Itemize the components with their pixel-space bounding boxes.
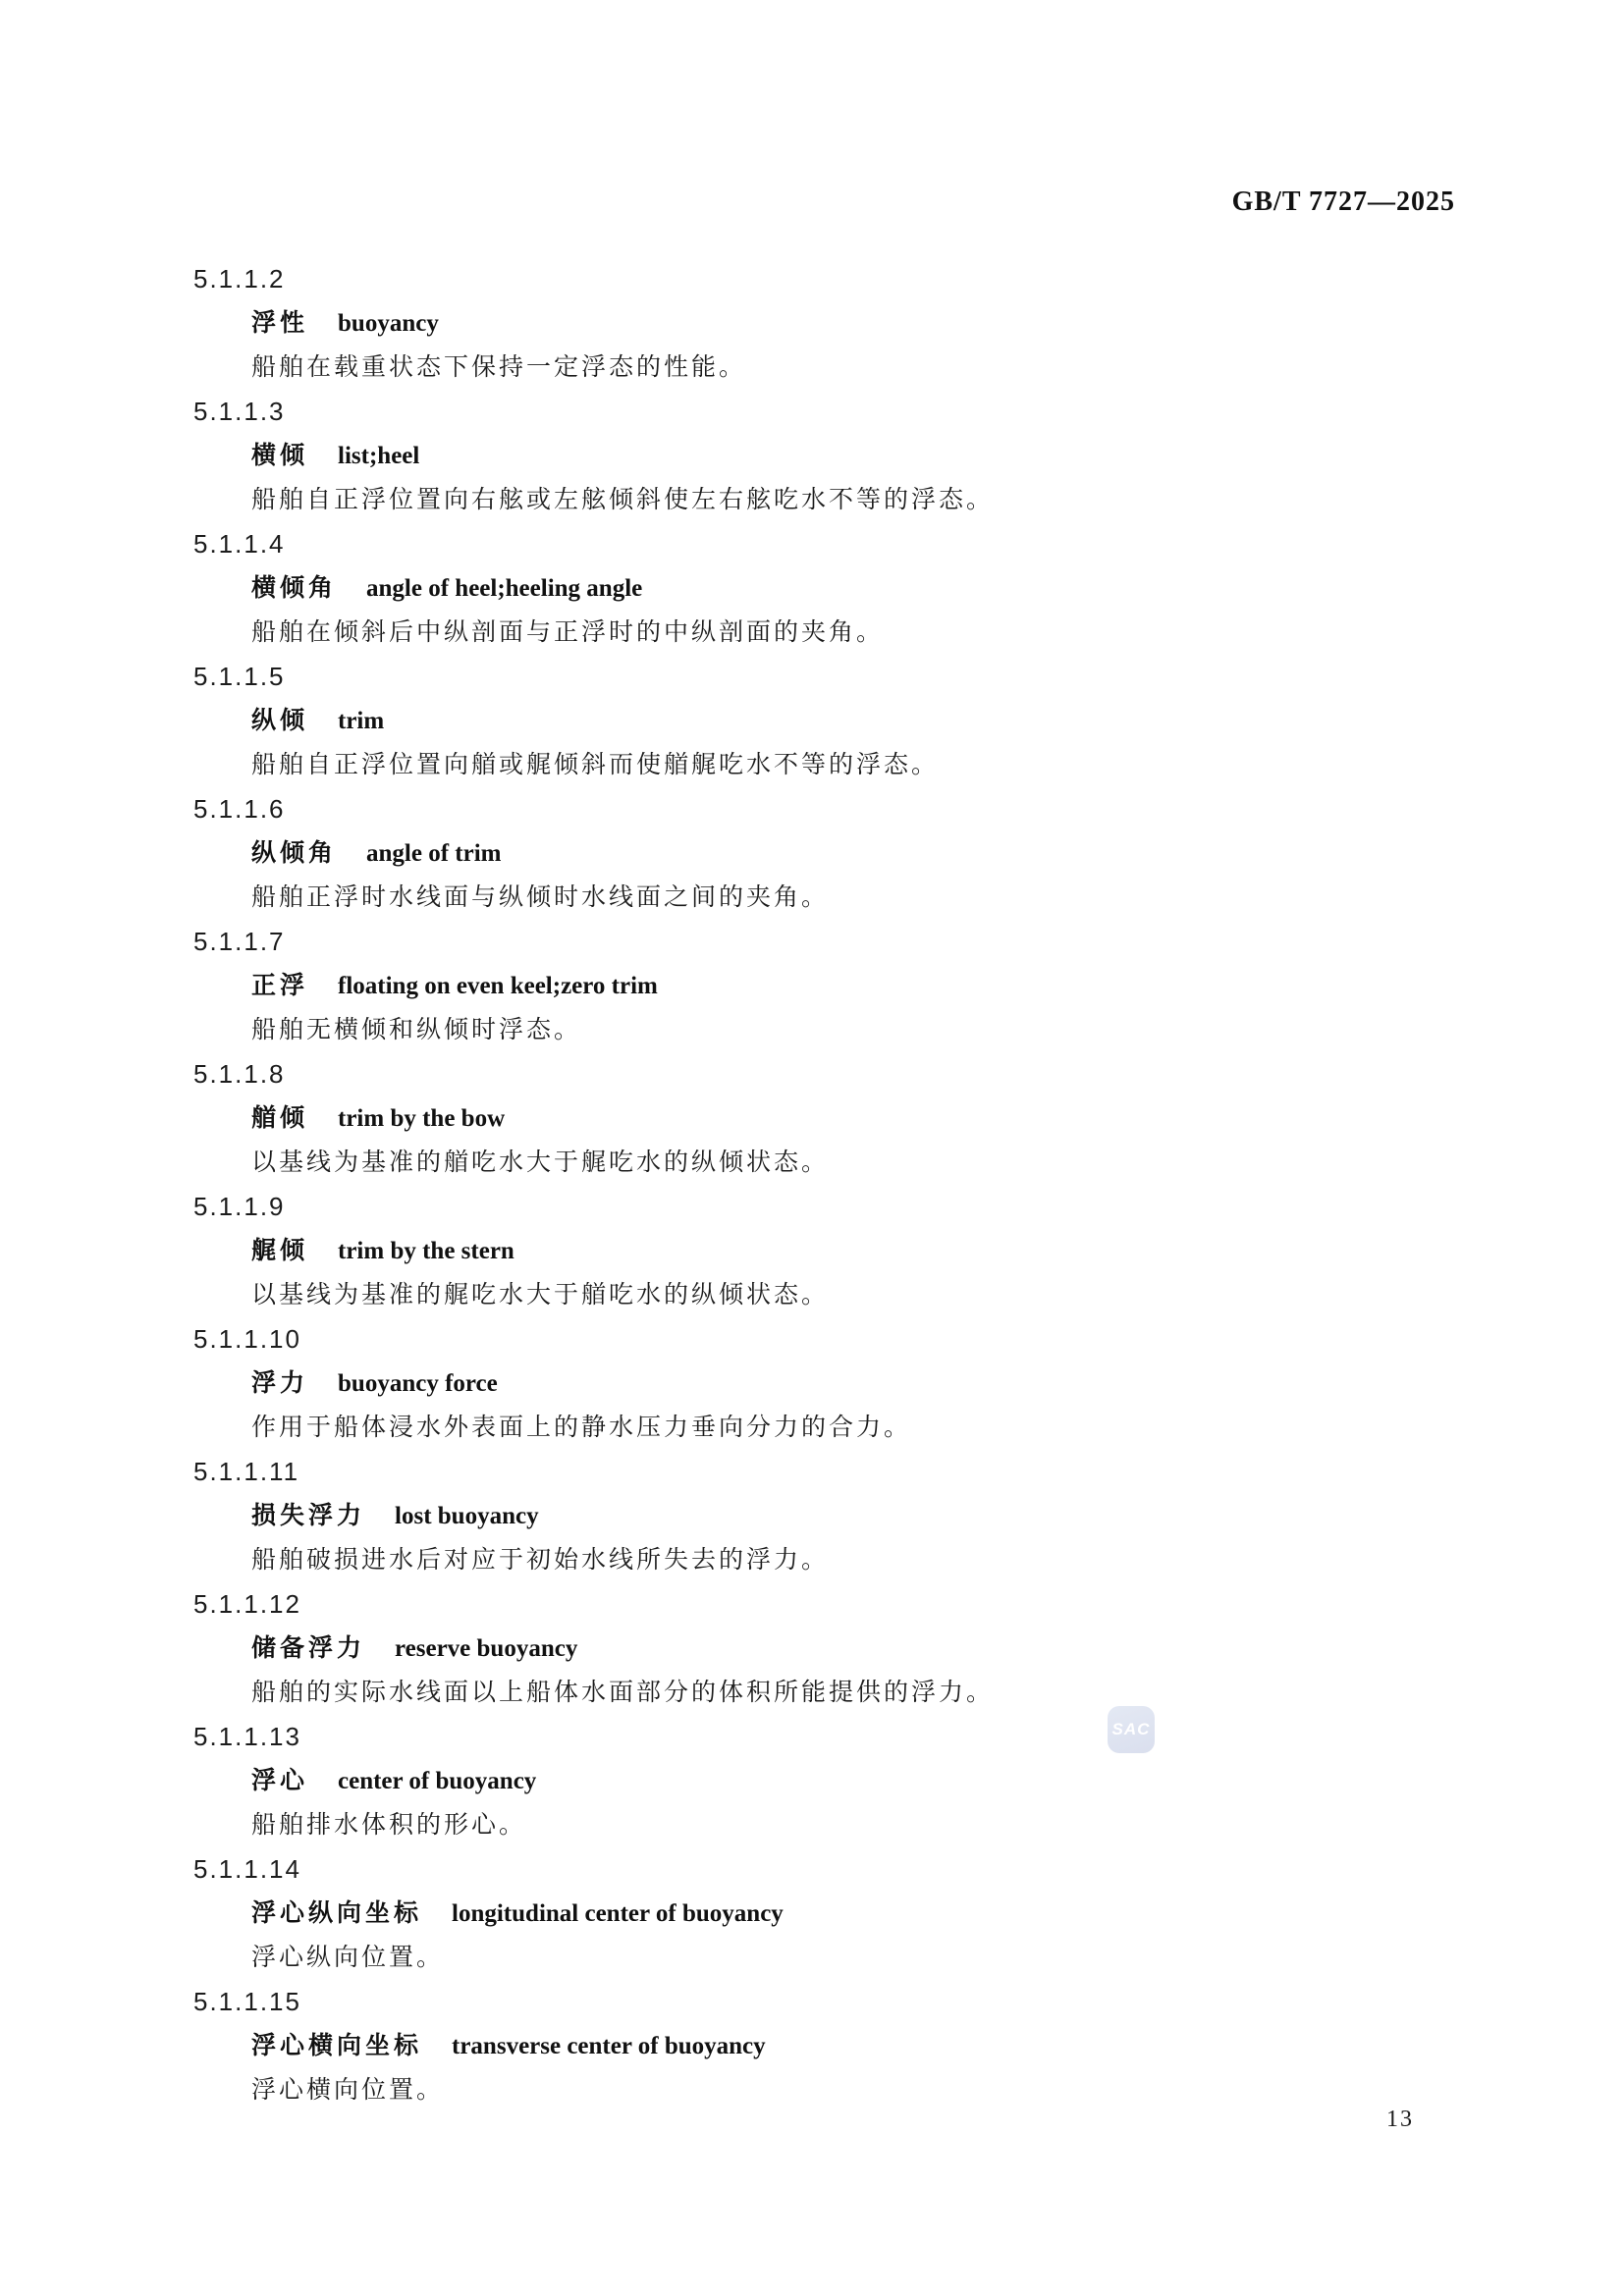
term-zh: 浮心 [251, 1767, 308, 1794]
term-definition: 船舶排水体积的形心。 [193, 1803, 1431, 1847]
term-section: 5.1.1.14 浮心纵向坐标longitudinal center of bu… [193, 1847, 1431, 1980]
doc-number: GB/T 7727—2025 [1232, 187, 1455, 218]
term-line: 储备浮力reserve buoyancy [193, 1627, 1431, 1671]
term-section: 5.1.1.2 浮性buoyancy 船舶在载重状态下保持一定浮态的性能。 [193, 257, 1431, 390]
term-section: 5.1.1.15 浮心横向坐标transverse center of buoy… [193, 1980, 1431, 2112]
clause-id: 5.1.1.5 [193, 655, 1431, 699]
term-zh: 横倾角 [251, 574, 337, 602]
term-en: trim by the stern [338, 1238, 514, 1264]
term-line: 艉倾trim by the stern [193, 1229, 1431, 1273]
term-line: 纵倾trim [193, 699, 1431, 743]
term-line: 纵倾角angle of trim [193, 831, 1431, 876]
clause-id: 5.1.1.9 [193, 1185, 1431, 1229]
term-zh: 艉倾 [251, 1237, 308, 1264]
clause-id: 5.1.1.4 [193, 522, 1431, 566]
term-en: longitudinal center of buoyancy [452, 1900, 784, 1927]
term-section: 5.1.1.8 艏倾trim by the bow 以基线为基准的艏吃水大于艉吃… [193, 1052, 1431, 1185]
term-zh: 艏倾 [251, 1104, 308, 1132]
term-line: 正浮floating on even keel;zero trim [193, 964, 1431, 1008]
term-definition: 船舶无横倾和纵倾时浮态。 [193, 1008, 1431, 1052]
term-definition: 以基线为基准的艉吃水大于艏吃水的纵倾状态。 [193, 1273, 1431, 1317]
clause-id: 5.1.1.15 [193, 1980, 1431, 2024]
term-en: trim by the bow [338, 1105, 505, 1132]
term-definition: 浮心横向位置。 [193, 2068, 1431, 2112]
term-en: buoyancy [338, 310, 439, 337]
clause-id: 5.1.1.2 [193, 257, 1431, 301]
term-line: 艏倾trim by the bow [193, 1096, 1431, 1141]
term-en: transverse center of buoyancy [452, 2033, 766, 2059]
clause-id: 5.1.1.8 [193, 1052, 1431, 1096]
term-line: 浮心center of buoyancy [193, 1759, 1431, 1803]
term-zh: 纵倾 [251, 707, 308, 734]
term-section: 5.1.1.7 正浮floating on even keel;zero tri… [193, 920, 1431, 1052]
term-zh: 浮心横向坐标 [251, 2032, 422, 2059]
term-section: 5.1.1.10 浮力buoyancy force 作用于船体浸水外表面上的静水… [193, 1317, 1431, 1450]
term-definition: 船舶正浮时水线面与纵倾时水线面之间的夹角。 [193, 876, 1431, 920]
term-en: angle of trim [366, 840, 501, 867]
term-zh: 损失浮力 [251, 1502, 365, 1529]
term-section: 5.1.1.4 横倾角angle of heel;heeling angle 船… [193, 522, 1431, 655]
term-definition: 船舶自正浮位置向右舷或左舷倾斜使左右舷吃水不等的浮态。 [193, 478, 1431, 522]
term-definition: 船舶自正浮位置向艏或艉倾斜而使艏艉吃水不等的浮态。 [193, 743, 1431, 787]
term-definition: 船舶破损进水后对应于初始水线所失去的浮力。 [193, 1538, 1431, 1582]
term-line: 浮心横向坐标transverse center of buoyancy [193, 2024, 1431, 2068]
clause-id: 5.1.1.3 [193, 390, 1431, 434]
term-en: trim [338, 708, 384, 734]
term-line: 损失浮力lost buoyancy [193, 1494, 1431, 1538]
term-line: 浮力buoyancy force [193, 1362, 1431, 1406]
clause-id: 5.1.1.6 [193, 787, 1431, 831]
term-line: 横倾list;heel [193, 434, 1431, 478]
term-definition: 浮心纵向位置。 [193, 1936, 1431, 1980]
term-line: 浮心纵向坐标longitudinal center of buoyancy [193, 1892, 1431, 1936]
term-line: 横倾角angle of heel;heeling angle [193, 566, 1431, 611]
term-zh: 正浮 [251, 972, 308, 999]
standard-document-page: GB/T 7727—2025 5.1.1.2 浮性buoyancy 船舶在载重状… [0, 0, 1624, 2296]
clause-id: 5.1.1.12 [193, 1582, 1431, 1627]
term-en: angle of heel;heeling angle [366, 575, 642, 602]
term-definition: 船舶在倾斜后中纵剖面与正浮时的中纵剖面的夹角。 [193, 611, 1431, 655]
term-section: 5.1.1.13 浮心center of buoyancy 船舶排水体积的形心。 [193, 1715, 1431, 1847]
term-definition: 作用于船体浸水外表面上的静水压力垂向分力的合力。 [193, 1406, 1431, 1450]
term-zh: 横倾 [251, 442, 308, 469]
term-en: list;heel [338, 443, 419, 469]
clause-id: 5.1.1.7 [193, 920, 1431, 964]
term-line: 浮性buoyancy [193, 301, 1431, 346]
term-definition: 以基线为基准的艏吃水大于艉吃水的纵倾状态。 [193, 1141, 1431, 1185]
term-zh: 纵倾角 [251, 839, 337, 867]
clause-id: 5.1.1.11 [193, 1450, 1431, 1494]
term-en: floating on even keel;zero trim [338, 973, 658, 999]
term-zh: 储备浮力 [251, 1634, 365, 1662]
term-section: 5.1.1.9 艉倾trim by the stern 以基线为基准的艉吃水大于… [193, 1185, 1431, 1317]
term-en: reserve buoyancy [395, 1635, 577, 1662]
page-number: 13 [1386, 2107, 1414, 2133]
sections-container: 5.1.1.2 浮性buoyancy 船舶在载重状态下保持一定浮态的性能。 5.… [193, 257, 1431, 2112]
clause-id: 5.1.1.14 [193, 1847, 1431, 1892]
term-section: 5.1.1.5 纵倾trim 船舶自正浮位置向艏或艉倾斜而使艏艉吃水不等的浮态。 [193, 655, 1431, 787]
term-definition: 船舶在载重状态下保持一定浮态的性能。 [193, 346, 1431, 390]
term-zh: 浮性 [251, 309, 308, 337]
term-definition: 船舶的实际水线面以上船体水面部分的体积所能提供的浮力。 [193, 1671, 1431, 1715]
clause-id: 5.1.1.13 [193, 1715, 1431, 1759]
term-zh: 浮心纵向坐标 [251, 1899, 422, 1927]
term-zh: 浮力 [251, 1369, 308, 1397]
term-en: buoyancy force [338, 1370, 498, 1397]
term-en: lost buoyancy [395, 1503, 539, 1529]
term-section: 5.1.1.6 纵倾角angle of trim 船舶正浮时水线面与纵倾时水线面… [193, 787, 1431, 920]
term-en: center of buoyancy [338, 1768, 536, 1794]
term-section: 5.1.1.12 储备浮力reserve buoyancy 船舶的实际水线面以上… [193, 1582, 1431, 1715]
term-section: 5.1.1.3 横倾list;heel 船舶自正浮位置向右舷或左舷倾斜使左右舷吃… [193, 390, 1431, 522]
clause-id: 5.1.1.10 [193, 1317, 1431, 1362]
term-section: 5.1.1.11 损失浮力lost buoyancy 船舶破损进水后对应于初始水… [193, 1450, 1431, 1582]
